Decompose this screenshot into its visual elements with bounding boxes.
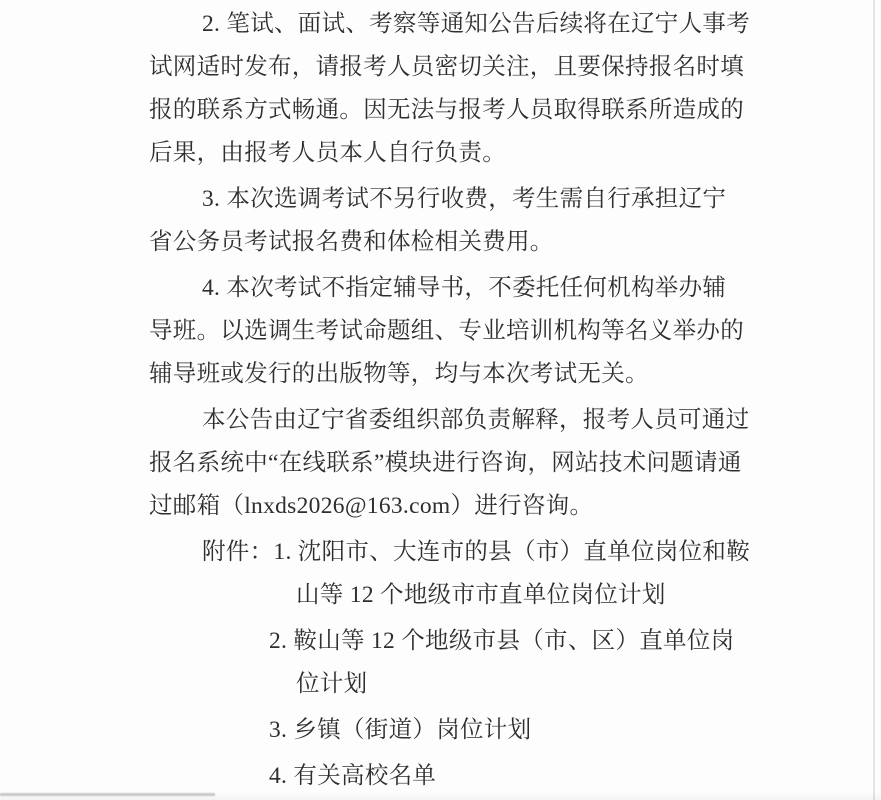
text-line: 省公务员考试报名费和体检相关费用。 [149,221,749,264]
scanned-document-page: 2. 笔试、面试、考察等通知公告后续将在辽宁人事考试网适时发布，请报考人员密切关… [0,0,881,800]
document-body: 2. 笔试、面试、考察等通知公告后续将在辽宁人事考试网适时发布，请报考人员密切关… [149,3,749,798]
text-line: 附件：1. 沈阳市、大连市的县（市）直单位岗位和鞍 [149,531,749,574]
attachment-item-3: 3. 乡镇（街道）岗位计划 [149,709,749,752]
text-line: 后果，由报考人员本人自行负责。 [149,132,749,175]
text-line: 报的联系方式畅通。因无法与报考人员取得联系所造成的 [149,89,749,132]
text-line: 位计划 [149,663,749,706]
text-line: 2. 鞍山等 12 个地级市县（市、区）直单位岗 [149,620,749,663]
text-line: 过邮箱（lnxds2026@163.com）进行咨询。 [149,485,749,528]
para-item-2: 2. 笔试、面试、考察等通知公告后续将在辽宁人事考试网适时发布，请报考人员密切关… [149,3,749,175]
para-item-3: 3. 本次选调考试不另行收费，考生需自行承担辽宁省公务员考试报名费和体检相关费用… [149,178,749,264]
attachment-item-2: 2. 鞍山等 12 个地级市县（市、区）直单位岗位计划 [149,620,749,706]
text-line: 4. 本次考试不指定辅导书，不委托任何机构举办辅 [149,267,749,310]
text-line: 报名系统中“在线联系”模块进行咨询，网站技术问题请通 [149,442,749,485]
para-notice: 本公告由辽宁省委组织部负责解释，报考人员可通过报名系统中“在线联系”模块进行咨询… [149,399,749,528]
text-line: 本公告由辽宁省委组织部负责解释，报考人员可通过 [149,399,749,442]
page-bottom-shade [0,792,881,800]
text-line: 试网适时发布，请报考人员密切关注，且要保持报名时填 [149,46,749,89]
text-line: 3. 本次选调考试不另行收费，考生需自行承担辽宁 [149,178,749,221]
text-line: 山等 12 个地级市市直单位岗位计划 [149,574,749,617]
text-line: 3. 乡镇（街道）岗位计划 [149,709,749,752]
text-line: 2. 笔试、面试、考察等通知公告后续将在辽宁人事考 [149,3,749,46]
attachment-item-1: 附件：1. 沈阳市、大连市的县（市）直单位岗位和鞍山等 12 个地级市市直单位岗… [149,531,749,617]
page-right-edge-line [873,0,875,800]
text-line: 辅导班或发行的出版物等，均与本次考试无关。 [149,353,749,396]
para-item-4: 4. 本次考试不指定辅导书，不委托任何机构举办辅导班。以选调生考试命题组、专业培… [149,267,749,396]
text-line: 导班。以选调生考试命题组、专业培训机构等名义举办的 [149,310,749,353]
